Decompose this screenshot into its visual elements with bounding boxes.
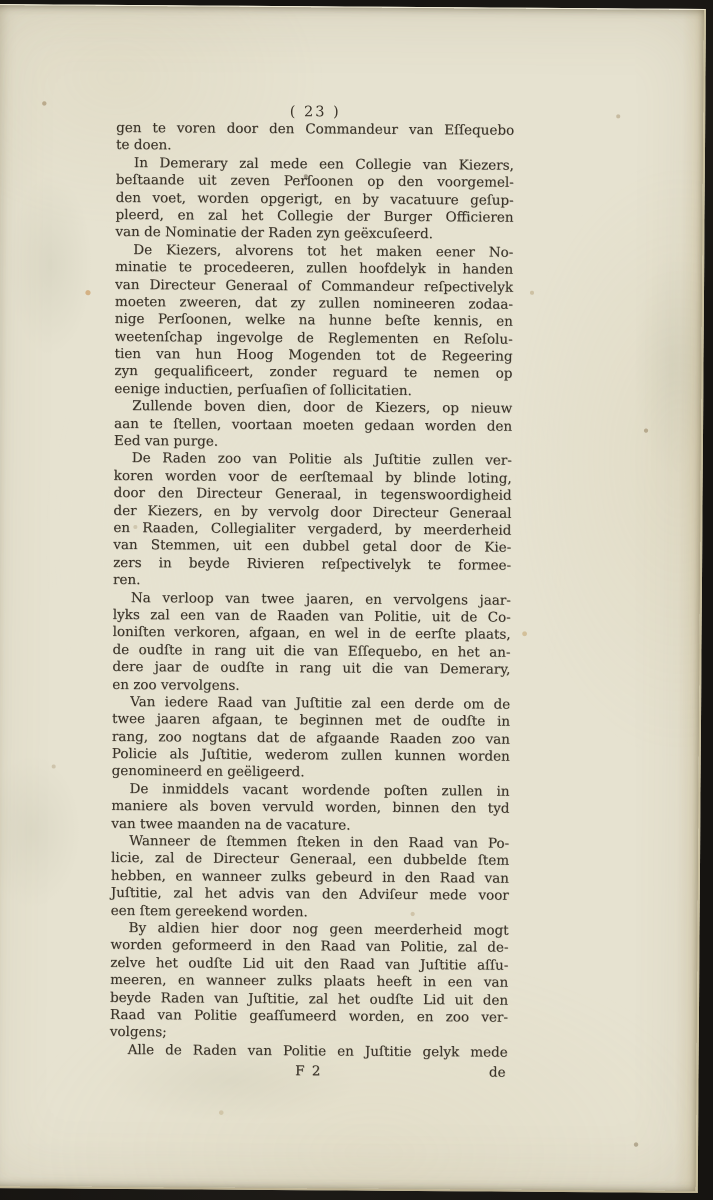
text-line: zers in beyde Rivieren reſpectivelyk te …	[113, 555, 511, 575]
paragraph: Zullende boven dien, door de Kiezers, op…	[114, 398, 512, 453]
paragraph: Wanneer de ſtemmen ſteken in den Raad va…	[111, 833, 510, 923]
paragraph: By aldien hier door nog geen meerderheid…	[110, 920, 509, 1045]
paragraph: In Demerary zal mede een Collegie van Ki…	[115, 155, 514, 245]
text-line: Raad van Politie geaſſumeerd worden, en …	[110, 1007, 508, 1027]
paragraph: Na verloop van twee jaaren, en vervolgen…	[112, 589, 511, 696]
text-line: Juſtitie, zal het advis van den Adviſeur…	[111, 885, 509, 905]
body-text-column: gen te voren door den Commandeur van Eſſ…	[109, 120, 514, 1082]
page-number-header: ( 23 )	[116, 103, 514, 122]
text-line: gen te voren door den Commandeur van Eſſ…	[116, 120, 514, 140]
text-line: minatie te procedeeren, zullen hoofdelyk…	[115, 259, 513, 279]
text-line: meeren, en wanneer zulks plaats heeft in…	[110, 972, 508, 992]
paragraph: Alle de Raden van Politie en Juſtitie ge…	[110, 1042, 508, 1062]
text-line: beſtaande uit zeven Perſoonen op den voo…	[116, 172, 514, 192]
paragraph: gen te voren door den Commandeur van Eſſ…	[116, 120, 514, 158]
book-page: ( 23 ) gen te voren door den Commandeur …	[0, 4, 706, 1193]
signature-row: F 2 de	[109, 1062, 507, 1082]
text-line: dere jaar de oudſte in rang uit die van …	[112, 659, 510, 679]
paragraph: De Kiezers, alvorens tot het maken eener…	[114, 242, 513, 401]
text-line: Alle de Raden van Politie en Juſtitie ge…	[110, 1042, 508, 1062]
signature-mark: F 2	[109, 1062, 507, 1082]
text-line: door den Directeur Generaal, in tegenswo…	[114, 485, 512, 505]
paragraph: De inmiddels vacant wordende poſten zull…	[111, 781, 509, 836]
catchword: de	[489, 1065, 506, 1083]
paragraph: Van iedere Raad van Juſtitie zal een der…	[112, 694, 511, 784]
paragraph: De Raden zoo van Politie als Juſtitie zu…	[113, 450, 512, 592]
text-line: maniere als boven vervuld worden, binnen…	[111, 798, 509, 818]
text-line: Zullende boven dien, door de Kiezers, op…	[114, 398, 512, 418]
